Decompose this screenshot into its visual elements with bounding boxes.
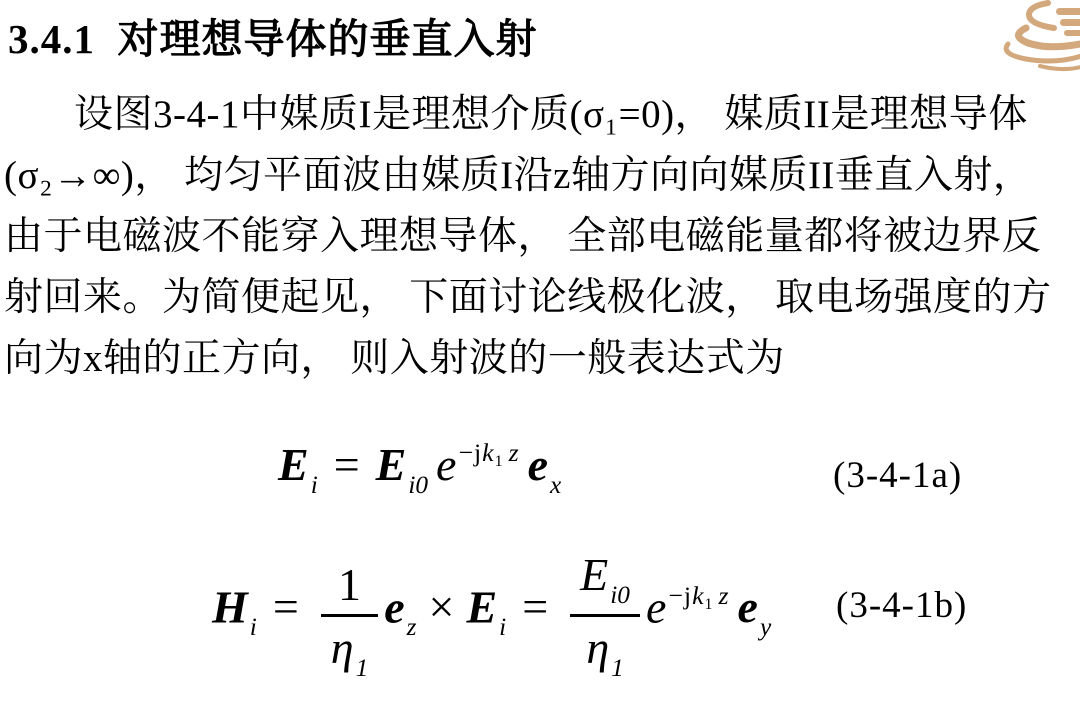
denominator-eta1: η1: [570, 614, 640, 681]
subscript-1: 1: [705, 596, 714, 613]
wavenumber-k: k: [482, 438, 494, 467]
section-title: 3.4.1 对理想导体的垂直入射: [8, 6, 538, 65]
unit-vector-ez: e: [384, 581, 404, 632]
paragraph-line: 向为x轴的正方向， 则入射波的一般表达式为: [4, 328, 1078, 389]
minus-j: −j: [668, 581, 692, 610]
E-incident-vector: E: [466, 581, 497, 632]
wavenumber-k: k: [692, 581, 704, 610]
E-amplitude-vector: E: [376, 439, 407, 490]
swirl-logo: [998, 0, 1080, 90]
paragraph-line: 由于电磁波不能穿入理想导体， 全部电磁能量都将被边界反: [4, 206, 1078, 267]
eta-symbol: η: [331, 622, 354, 673]
equation-2-row: Hi=1η1ez×Ei=Ei0η1e−jk1zey (3-4-1b): [0, 552, 1080, 692]
E-incident-vector: E: [278, 439, 309, 490]
subscript-i: i: [311, 471, 318, 499]
equation-2-label: (3-4-1b): [836, 584, 967, 627]
exp-base-e: e: [646, 581, 666, 632]
paragraph-line: 射回来。为简便起见， 下面讨论线极化波， 取电场强度的方: [4, 267, 1078, 328]
subscript-y: y: [760, 613, 771, 641]
E-scalar: E: [580, 549, 608, 600]
variable-z: z: [718, 581, 729, 610]
exponent: −jk1z: [668, 581, 729, 610]
equation-1-label: (3-4-1a): [833, 454, 962, 497]
subscript-z: z: [407, 613, 417, 641]
subscript-x: x: [550, 471, 561, 499]
equation-2-formula: Hi=1η1ez×Ei=Ei0η1e−jk1zey: [212, 552, 771, 681]
equals-sign: =: [334, 439, 360, 490]
subscript-1: 1: [611, 654, 624, 682]
fraction-Ei0-over-eta1: Ei0η1: [570, 552, 640, 681]
unit-vector-e: e: [528, 439, 548, 490]
exp-base-e: e: [436, 439, 456, 490]
subscript-1: 1: [356, 654, 369, 682]
fraction-1-over-eta1: 1η1: [321, 562, 378, 681]
variable-z: z: [509, 438, 520, 467]
slide: 3.4.1 对理想导体的垂直入射 设图3-4-1中媒质I是理想介质(σ₁=0)，…: [0, 0, 1080, 722]
eta-symbol: η: [586, 622, 609, 673]
exponent: −jk1z: [458, 438, 519, 467]
H-incident-vector: H: [212, 581, 248, 632]
equation-1-formula: Ei=Ei0e−jk1zex: [278, 438, 561, 500]
subscript-i: i: [499, 613, 506, 641]
body-paragraph: 设图3-4-1中媒质I是理想介质(σ₁=0)， 媒质II是理想导体 (σ₂→∞)…: [4, 84, 1078, 389]
numerator-1: 1: [321, 562, 378, 614]
equals-sign: =: [273, 581, 299, 632]
subscript-1: 1: [495, 453, 504, 470]
paragraph-line: (σ₂→∞)， 均匀平面波由媒质I沿z轴方向向媒质II垂直入射，: [4, 145, 1078, 206]
equals-sign: =: [522, 581, 548, 632]
numerator-Ei0: Ei0: [570, 552, 640, 614]
subscript-i0: i0: [408, 471, 428, 499]
paragraph-line: 设图3-4-1中媒质I是理想介质(σ₁=0)， 媒质II是理想导体: [4, 84, 1078, 145]
denominator-eta1: η1: [321, 614, 378, 681]
subscript-i0: i0: [610, 581, 630, 609]
subscript-i: i: [250, 613, 257, 641]
cross-product-sign: ×: [429, 581, 455, 632]
minus-j: −j: [458, 438, 482, 467]
unit-vector-e: e: [738, 581, 758, 632]
